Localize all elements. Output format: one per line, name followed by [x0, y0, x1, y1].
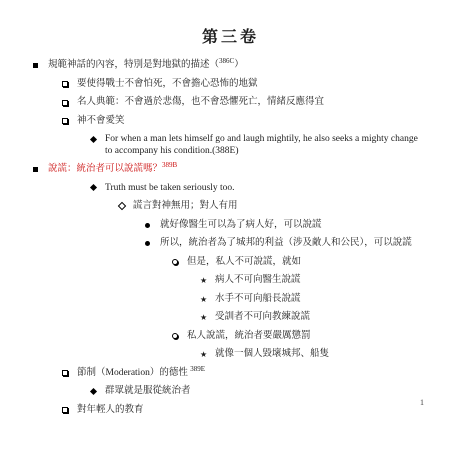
outline-item: 但是，私人不可說謊，就如	[33, 257, 428, 269]
outline-item: 要使得戰士不會怕死，不會擔心恐怖的地獄	[33, 79, 428, 91]
diamond-filled-bullet-icon	[90, 183, 105, 194]
outline-item-text: For when a man lets himself go and laugh…	[105, 134, 427, 157]
outline-item: ★水手不可向船長說謊	[33, 294, 428, 306]
square-filled-bullet-icon	[33, 164, 48, 175]
outline-item-text: 就像一個人毀壞城邦、船隻	[215, 349, 329, 361]
outline-item: 說謊：統治者可以說謊嗎？389B	[33, 164, 428, 176]
outline-item: ★受訓者不可向教練說謊	[33, 312, 428, 324]
page-title: 第三卷	[33, 24, 428, 47]
outline-item-text: 要使得戰士不會怕死，不會擔心恐怖的地獄	[77, 79, 258, 91]
outline-item-text: 對年輕人的教育	[77, 405, 144, 417]
outline-item: For when a man lets himself go and laugh…	[33, 134, 428, 157]
circle-filled-bullet-icon	[145, 238, 160, 249]
outline-item: 所以，統治者為了城邦的利益（涉及敵人和公民），可以說謊	[33, 238, 428, 250]
outline-item: ★病人不可向醫生說謊	[33, 275, 428, 287]
outline-item: 名人典範：不會過於悲傷，也不會恐懼死亡，情緒反應得宜	[33, 97, 428, 109]
diamond-filled-bullet-icon	[90, 134, 105, 145]
outline-item-text: 群眾就是服從統治者	[105, 386, 191, 398]
square-open-bullet-icon	[62, 97, 77, 108]
outline-item-text: 水手不可向船長說謊	[215, 294, 301, 306]
outline-item-text: 受訓者不可向教練說謊	[215, 312, 310, 324]
square-open-bullet-icon	[62, 368, 77, 379]
outline-item-text: 病人不可向醫生說謊	[215, 275, 301, 287]
star-bullet-icon: ★	[200, 349, 215, 360]
circle-open-bullet-icon	[172, 257, 187, 268]
document-page: 第三卷 規範神話的內容，特別是對地獄的描述（386C）要使得戰士不會怕死，不會擔…	[0, 0, 452, 452]
square-open-bullet-icon	[62, 116, 77, 127]
outline-item: 神不會愛笑	[33, 116, 428, 128]
square-open-bullet-icon	[62, 405, 77, 416]
outline-item: Truth must be taken seriously too.	[33, 183, 428, 195]
outline-item-text: 規範神話的內容，特別是對地獄的描述（386C）	[48, 60, 244, 72]
diamond-filled-bullet-icon	[90, 386, 105, 397]
star-bullet-icon: ★	[200, 294, 215, 305]
outline-item-text: 謊言對神無用；對人有用	[133, 201, 238, 213]
square-open-bullet-icon	[62, 79, 77, 90]
outline-item: 規範神話的內容，特別是對地獄的描述（386C）	[33, 60, 428, 72]
outline: 規範神話的內容，特別是對地獄的描述（386C）要使得戰士不會怕死，不會擔心恐怖的…	[33, 60, 428, 416]
outline-item-text: 說謊：統治者可以說謊嗎？389B	[48, 164, 177, 176]
outline-item-text: Truth must be taken seriously too.	[105, 183, 234, 195]
outline-item-text: 私人說謊，統治者要嚴厲懲罰	[187, 331, 311, 343]
outline-item: 群眾就是服從統治者	[33, 386, 428, 398]
outline-item: 私人說謊，統治者要嚴厲懲罰	[33, 331, 428, 343]
outline-item-text: 神不會愛笑	[77, 116, 125, 128]
circle-filled-bullet-icon	[145, 220, 160, 231]
outline-item-text: 所以，統治者為了城邦的利益（涉及敵人和公民），可以說謊	[160, 238, 412, 250]
square-filled-bullet-icon	[33, 60, 48, 71]
outline-item: 節制（Moderation）的德性 389E	[33, 368, 428, 380]
outline-item-text: 就好像醫生可以為了病人好，可以說謊	[160, 220, 322, 232]
circle-open-bullet-icon	[172, 331, 187, 342]
outline-item-text: 節制（Moderation）的德性 389E	[77, 368, 205, 380]
star-bullet-icon: ★	[200, 275, 215, 286]
outline-item: 謊言對神無用；對人有用	[33, 201, 428, 213]
outline-item-text: 名人典範：不會過於悲傷，也不會恐懼死亡，情緒反應得宜	[77, 97, 324, 109]
outline-item: 就好像醫生可以為了病人好，可以說謊	[33, 220, 428, 232]
diamond-cross-bullet-icon	[118, 201, 133, 212]
outline-item: 對年輕人的教育	[33, 405, 428, 417]
star-bullet-icon: ★	[200, 312, 215, 323]
outline-item-text: 但是，私人不可說謊，就如	[187, 257, 301, 269]
outline-item: ★就像一個人毀壞城邦、船隻	[33, 349, 428, 361]
page-number: 1	[420, 398, 424, 407]
